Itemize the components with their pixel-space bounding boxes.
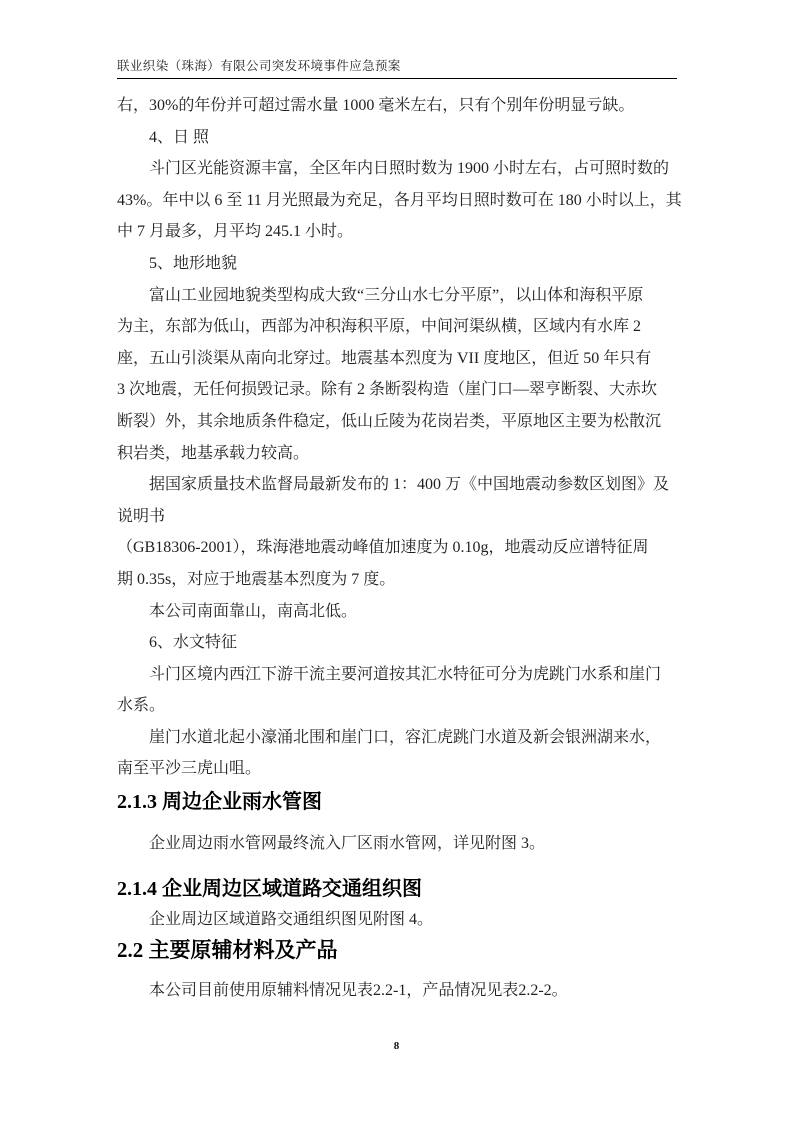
- text-line: 4、日 照: [117, 122, 679, 154]
- text-line: 崖门水道北起小濠涌北围和崖门口，容汇虎跳门水道及新会银洲湖来水，: [117, 722, 679, 754]
- paragraph: 企业周边区域道路交通组织图见附图 4。: [117, 904, 679, 936]
- document-content: 右，30%的年份并可超过需水量 1000 毫米左右，只有个别年份明显亏缺。4、日…: [117, 90, 679, 1007]
- text-line: （GB18306-2001），珠海港地震动峰值加速度为 0.10g，地震动反应谱…: [117, 532, 679, 564]
- document-page: 联业织染（珠海）有限公司突发环境事件应急预案 右，30%的年份并可超过需水量 1…: [0, 0, 793, 1122]
- text-line: 南至平沙三虎山咀。: [117, 753, 679, 785]
- paragraph: 企业周边雨水管网最终流入厂区雨水管网，详见附图 3。: [117, 828, 679, 860]
- text-line: 5、地形地貌: [117, 248, 679, 280]
- text-line: 企业周边雨水管网最终流入厂区雨水管网，详见附图 3。: [117, 828, 679, 860]
- paragraph: 据国家质量技术监督局最新发布的 1：400 万《中国地震动参数区划图》及说明书（…: [117, 469, 679, 595]
- text-line: 中 7 月最多，月平均 245.1 小时。: [117, 216, 679, 248]
- paragraph: 右，30%的年份并可超过需水量 1000 毫米左右，只有个别年份明显亏缺。: [117, 90, 679, 122]
- paragraph: 斗门区境内西江下游干流主要河道按其汇水特征可分为虎跳门水系和崖门水系。: [117, 659, 679, 722]
- text-line: 本公司南面靠山，南高北低。: [117, 596, 679, 628]
- text-line: 企业周边区域道路交通组织图见附图 4。: [117, 904, 679, 936]
- text-line: 本公司目前使用原辅料情况见表2.2-1，产品情况见表2.2-2。: [117, 975, 679, 1007]
- section-heading: 2.1.3 周边企业雨水管图: [117, 789, 679, 815]
- text-line: 积岩类，地基承载力较高。: [117, 438, 679, 470]
- paragraph: 5、地形地貌: [117, 248, 679, 280]
- header-title: 联业织染（珠海）有限公司突发环境事件应急预案: [117, 59, 401, 73]
- page-number: 8: [0, 1040, 793, 1052]
- paragraph: 本公司目前使用原辅料情况见表2.2-1，产品情况见表2.2-2。: [117, 975, 679, 1007]
- text-line: 座，五山引淡渠从南向北穿过。地震基本烈度为 VII 度地区，但近 50 年只有: [117, 343, 679, 375]
- text-line: 期 0.35s，对应于地震基本烈度为 7 度。: [117, 564, 679, 596]
- text-line: 富山工业园地貌类型构成大致“三分山水七分平原”，以山体和海积平原: [117, 280, 679, 312]
- page-header: 联业织染（珠海）有限公司突发环境事件应急预案: [117, 56, 677, 79]
- section-heading: 2.1.4 企业周边区域道路交通组织图: [117, 876, 679, 902]
- paragraph: 崖门水道北起小濠涌北围和崖门口，容汇虎跳门水道及新会银洲湖来水，南至平沙三虎山咀…: [117, 722, 679, 785]
- text-line: 斗门区光能资源丰富，全区年内日照时数为 1900 小时左右，占可照时数的: [117, 153, 679, 185]
- text-line: 43%。年中以 6 至 11 月光照最为充足，各月平均日照时数可在 180 小时…: [117, 185, 679, 217]
- paragraph: 6、水文特征: [117, 627, 679, 659]
- paragraph: 斗门区光能资源丰富，全区年内日照时数为 1900 小时左右，占可照时数的43%。…: [117, 153, 679, 248]
- paragraph: 本公司南面靠山，南高北低。: [117, 596, 679, 628]
- section-heading: 2.2 主要原辅材料及产品: [117, 937, 679, 964]
- text-line: 水系。: [117, 690, 679, 722]
- text-line: 断裂）外，其余地质条件稳定，低山丘陵为花岗岩类，平原地区主要为松散沉: [117, 406, 679, 438]
- text-line: 6、水文特征: [117, 627, 679, 659]
- paragraph: 4、日 照: [117, 122, 679, 154]
- text-line: 说明书: [117, 501, 679, 533]
- text-line: 斗门区境内西江下游干流主要河道按其汇水特征可分为虎跳门水系和崖门: [117, 659, 679, 691]
- text-line: 据国家质量技术监督局最新发布的 1：400 万《中国地震动参数区划图》及: [117, 469, 679, 501]
- text-line: 3 次地震，无任何损毁记录。除有 2 条断裂构造（崖门口—翠亨断裂、大赤坎: [117, 374, 679, 406]
- text-line: 为主，东部为低山，西部为冲积海积平原，中间河渠纵横，区域内有水库 2: [117, 311, 679, 343]
- paragraph: 富山工业园地貌类型构成大致“三分山水七分平原”，以山体和海积平原为主，东部为低山…: [117, 280, 679, 470]
- text-line: 右，30%的年份并可超过需水量 1000 毫米左右，只有个别年份明显亏缺。: [117, 90, 679, 122]
